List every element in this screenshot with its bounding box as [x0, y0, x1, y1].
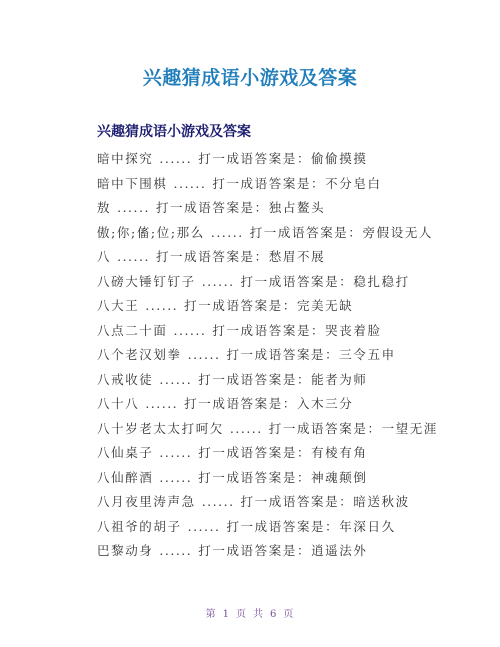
separator-dots: ...... [188, 347, 221, 362]
document-page: 兴趣猜成语小游戏及答案 兴趣猜成语小游戏及答案 暗中探究......打一成语答案… [0, 0, 500, 647]
current-page-number: 1 [223, 609, 230, 620]
riddle-list: 暗中探究......打一成语答案是：偷偷摸摸暗中下围棋......打一成语答案是… [97, 148, 497, 565]
total-unit: 页 [283, 609, 294, 620]
riddle-text: 八点二十面 [97, 323, 168, 338]
riddle-text: 八戒收徒 [97, 372, 153, 387]
separator-dots: ...... [230, 421, 263, 436]
answer-text: 年深日久 [339, 519, 395, 534]
separator-dots: ...... [145, 298, 178, 313]
riddle-text: 八祖爷的胡子 [97, 519, 182, 534]
page-unit: 页 [236, 609, 247, 620]
answer-prompt: 打一成语答案是： [250, 225, 363, 240]
riddle-list-item: 敖......打一成语答案是：独占鳌头 [97, 197, 497, 222]
riddle-text: 敖 [97, 200, 111, 215]
riddle-list-item: 八个老汉划拳......打一成语答案是：三令五申 [97, 344, 497, 369]
riddle-text: 八个老汉划拳 [97, 347, 182, 362]
riddle-list-item: 八仙醉酒......打一成语答案是：神魂颠倒 [97, 467, 497, 492]
section-heading: 兴趣猜成语小游戏及答案 [97, 121, 251, 141]
riddle-text: 八月夜里涛声急 [97, 494, 196, 509]
answer-text: 哭丧着脸 [325, 323, 381, 338]
separator-dots: ...... [117, 200, 150, 215]
answer-text: 愁眉不展 [269, 249, 325, 264]
riddle-list-item: 八仙桌子......打一成语答案是：有棱有角 [97, 442, 497, 467]
answer-prompt: 打一成语答案是： [156, 200, 269, 215]
separator-dots: ...... [202, 274, 235, 289]
answer-text: 完美无缺 [297, 298, 353, 313]
separator-dots: ...... [117, 249, 150, 264]
riddle-list-item: 巴黎动身......打一成语答案是：逍遥法外 [97, 540, 497, 565]
separator-dots: ...... [174, 176, 207, 191]
answer-text: 神魂颠倒 [311, 470, 367, 485]
answer-text: 一望无涯 [382, 421, 438, 436]
answer-prompt: 打一成语答案是： [269, 421, 382, 436]
riddle-list-item: 八点二十面......打一成语答案是：哭丧着脸 [97, 320, 497, 345]
riddle-list-item: 傲;你;傗;位;那么......打一成语答案是：旁假设无人 [97, 222, 497, 247]
separator-dots: ...... [202, 494, 235, 509]
separator-dots: ...... [159, 543, 192, 558]
riddle-text: 暗中探究 [97, 151, 153, 166]
riddle-text: 八十岁老太太打呵欠 [97, 421, 224, 436]
separator-dots: ...... [159, 151, 192, 166]
riddle-list-item: 八磅大锤钉钉子......打一成语答案是：稳扎稳打 [97, 271, 497, 296]
separator-dots: ...... [174, 323, 207, 338]
answer-prompt: 打一成语答案是： [198, 543, 311, 558]
page-prefix: 第 [206, 609, 217, 620]
riddle-list-item: 暗中探究......打一成语答案是：偷偷摸摸 [97, 148, 497, 173]
answer-prompt: 打一成语答案是： [156, 249, 269, 264]
answer-prompt: 打一成语答案是： [226, 519, 339, 534]
answer-prompt: 打一成语答案是： [198, 372, 311, 387]
answer-text: 入木三分 [297, 396, 353, 411]
answer-prompt: 打一成语答案是： [226, 347, 339, 362]
riddle-text: 八大王 [97, 298, 139, 313]
answer-text: 三令五申 [339, 347, 395, 362]
answer-prompt: 打一成语答案是： [212, 176, 325, 191]
riddle-list-item: 八月夜里涛声急......打一成语答案是：暗送秋波 [97, 491, 497, 516]
answer-text: 独占鳌头 [269, 200, 325, 215]
separator-dots: ...... [211, 225, 244, 240]
riddle-text: 傲;你;傗;位;那么 [97, 225, 205, 240]
separator-dots: ...... [188, 519, 221, 534]
riddle-list-item: 暗中下围棋......打一成语答案是：不分皂白 [97, 173, 497, 198]
riddle-list-item: 八十八......打一成语答案是：入木三分 [97, 393, 497, 418]
riddle-text: 八仙桌子 [97, 445, 153, 460]
answer-prompt: 打一成语答案是： [198, 151, 311, 166]
page-footer: 第1页共6页 [0, 605, 500, 620]
answer-text: 有棱有角 [311, 445, 367, 460]
separator-dots: ...... [159, 372, 192, 387]
total-pages-number: 6 [270, 609, 277, 620]
answer-prompt: 打一成语答案是： [198, 470, 311, 485]
answer-prompt: 打一成语答案是： [241, 494, 354, 509]
answer-text: 逍遥法外 [311, 543, 367, 558]
answer-prompt: 打一成语答案是： [198, 445, 311, 460]
riddle-text: 八仙醉酒 [97, 470, 153, 485]
riddle-text: 八十八 [97, 396, 139, 411]
riddle-list-item: 八祖爷的胡子......打一成语答案是：年深日久 [97, 516, 497, 541]
riddle-text: 八磅大锤钉钉子 [97, 274, 196, 289]
separator-dots: ...... [159, 470, 192, 485]
answer-prompt: 打一成语答案是： [241, 274, 354, 289]
answer-text: 稳扎稳打 [353, 274, 409, 289]
answer-prompt: 打一成语答案是： [184, 396, 297, 411]
answer-text: 旁假设无人 [363, 225, 434, 240]
answer-text: 不分皂白 [325, 176, 381, 191]
answer-prompt: 打一成语答案是： [212, 323, 325, 338]
document-title: 兴趣猜成语小游戏及答案 [0, 63, 500, 90]
riddle-text: 巴黎动身 [97, 543, 153, 558]
riddle-list-item: 八......打一成语答案是：愁眉不展 [97, 246, 497, 271]
answer-text: 偷偷摸摸 [311, 151, 367, 166]
riddle-list-item: 八戒收徒......打一成语答案是：能者为师 [97, 369, 497, 394]
riddle-text: 暗中下围棋 [97, 176, 168, 191]
separator-dots: ...... [145, 396, 178, 411]
riddle-list-item: 八大王......打一成语答案是：完美无缺 [97, 295, 497, 320]
answer-text: 暗送秋波 [353, 494, 409, 509]
answer-prompt: 打一成语答案是： [184, 298, 297, 313]
riddle-list-item: 八十岁老太太打呵欠......打一成语答案是：一望无涯 [97, 418, 497, 443]
total-prefix: 共 [253, 609, 264, 620]
answer-text: 能者为师 [311, 372, 367, 387]
separator-dots: ...... [159, 445, 192, 460]
riddle-text: 八 [97, 249, 111, 264]
